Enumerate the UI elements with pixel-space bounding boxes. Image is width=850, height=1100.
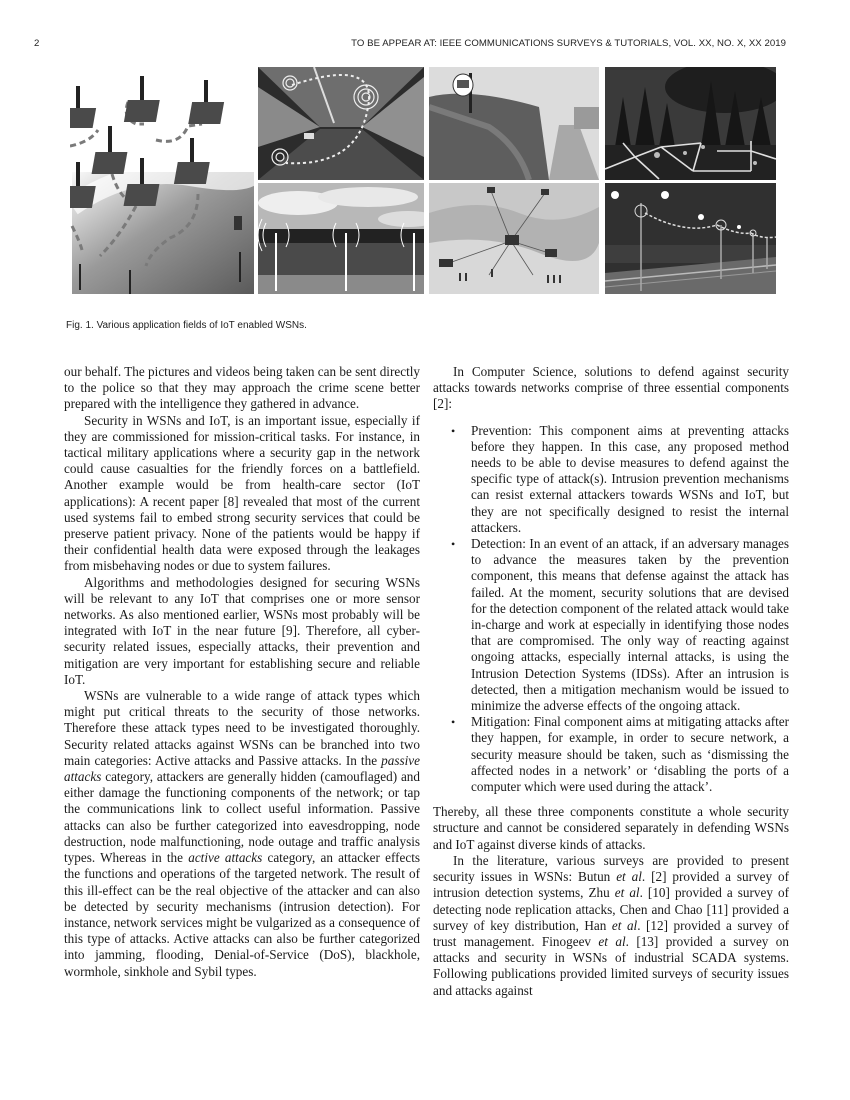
journal-line: TO BE APPEAR AT: IEEE COMMUNICATIONS SUR…	[351, 38, 786, 49]
paragraph-literature: In the literature, various surveys are p…	[433, 853, 789, 999]
paragraph-attack-types: WSNs are vulnerable to a wide range of a…	[64, 688, 420, 980]
figure-caption: Fig. 1. Various application fields of Io…	[66, 320, 307, 331]
list-item-detection: •Detection: In an event of an attack, if…	[433, 536, 789, 714]
figure-panel-tunnel-traffic	[258, 67, 424, 180]
left-column: our behalf. The pictures and videos bein…	[64, 364, 420, 980]
figure-panel-forest-fire-detection	[605, 67, 776, 180]
list-item-prevention: •Prevention: This component aims at prev…	[433, 423, 789, 536]
component-list: •Prevention: This component aims at prev…	[433, 423, 789, 796]
term-active-attacks: active attacks	[188, 850, 262, 865]
right-column: In Computer Science, solutions to defend…	[433, 364, 789, 999]
paragraph: Thereby, all these three components cons…	[433, 804, 789, 853]
figure-1	[70, 66, 776, 296]
paragraph: Security in WSNs and IoT, is an importan…	[64, 413, 420, 575]
figure-panel-vineyard-monitoring	[429, 67, 599, 180]
figure-panel-smart-street-lighting	[605, 183, 776, 294]
paragraph: In Computer Science, solutions to defend…	[433, 364, 789, 413]
bullet-icon: •	[451, 423, 455, 439]
running-header: 2 TO BE APPEAR AT: IEEE COMMUNICATIONS S…	[34, 38, 786, 52]
bullet-icon: •	[451, 536, 455, 552]
figure-panel-sensor-nodes-field	[70, 66, 254, 294]
list-item-mitigation: •Mitigation: Final component aims at mit…	[433, 714, 789, 795]
figure-panel-battlefield-surveillance	[429, 183, 599, 294]
figure-panel-crop-field-sensors	[258, 183, 424, 294]
paragraph: our behalf. The pictures and videos bein…	[64, 364, 420, 413]
bullet-icon: •	[451, 714, 455, 730]
page-number: 2	[34, 38, 39, 49]
paragraph: Algorithms and methodologies designed fo…	[64, 575, 420, 688]
